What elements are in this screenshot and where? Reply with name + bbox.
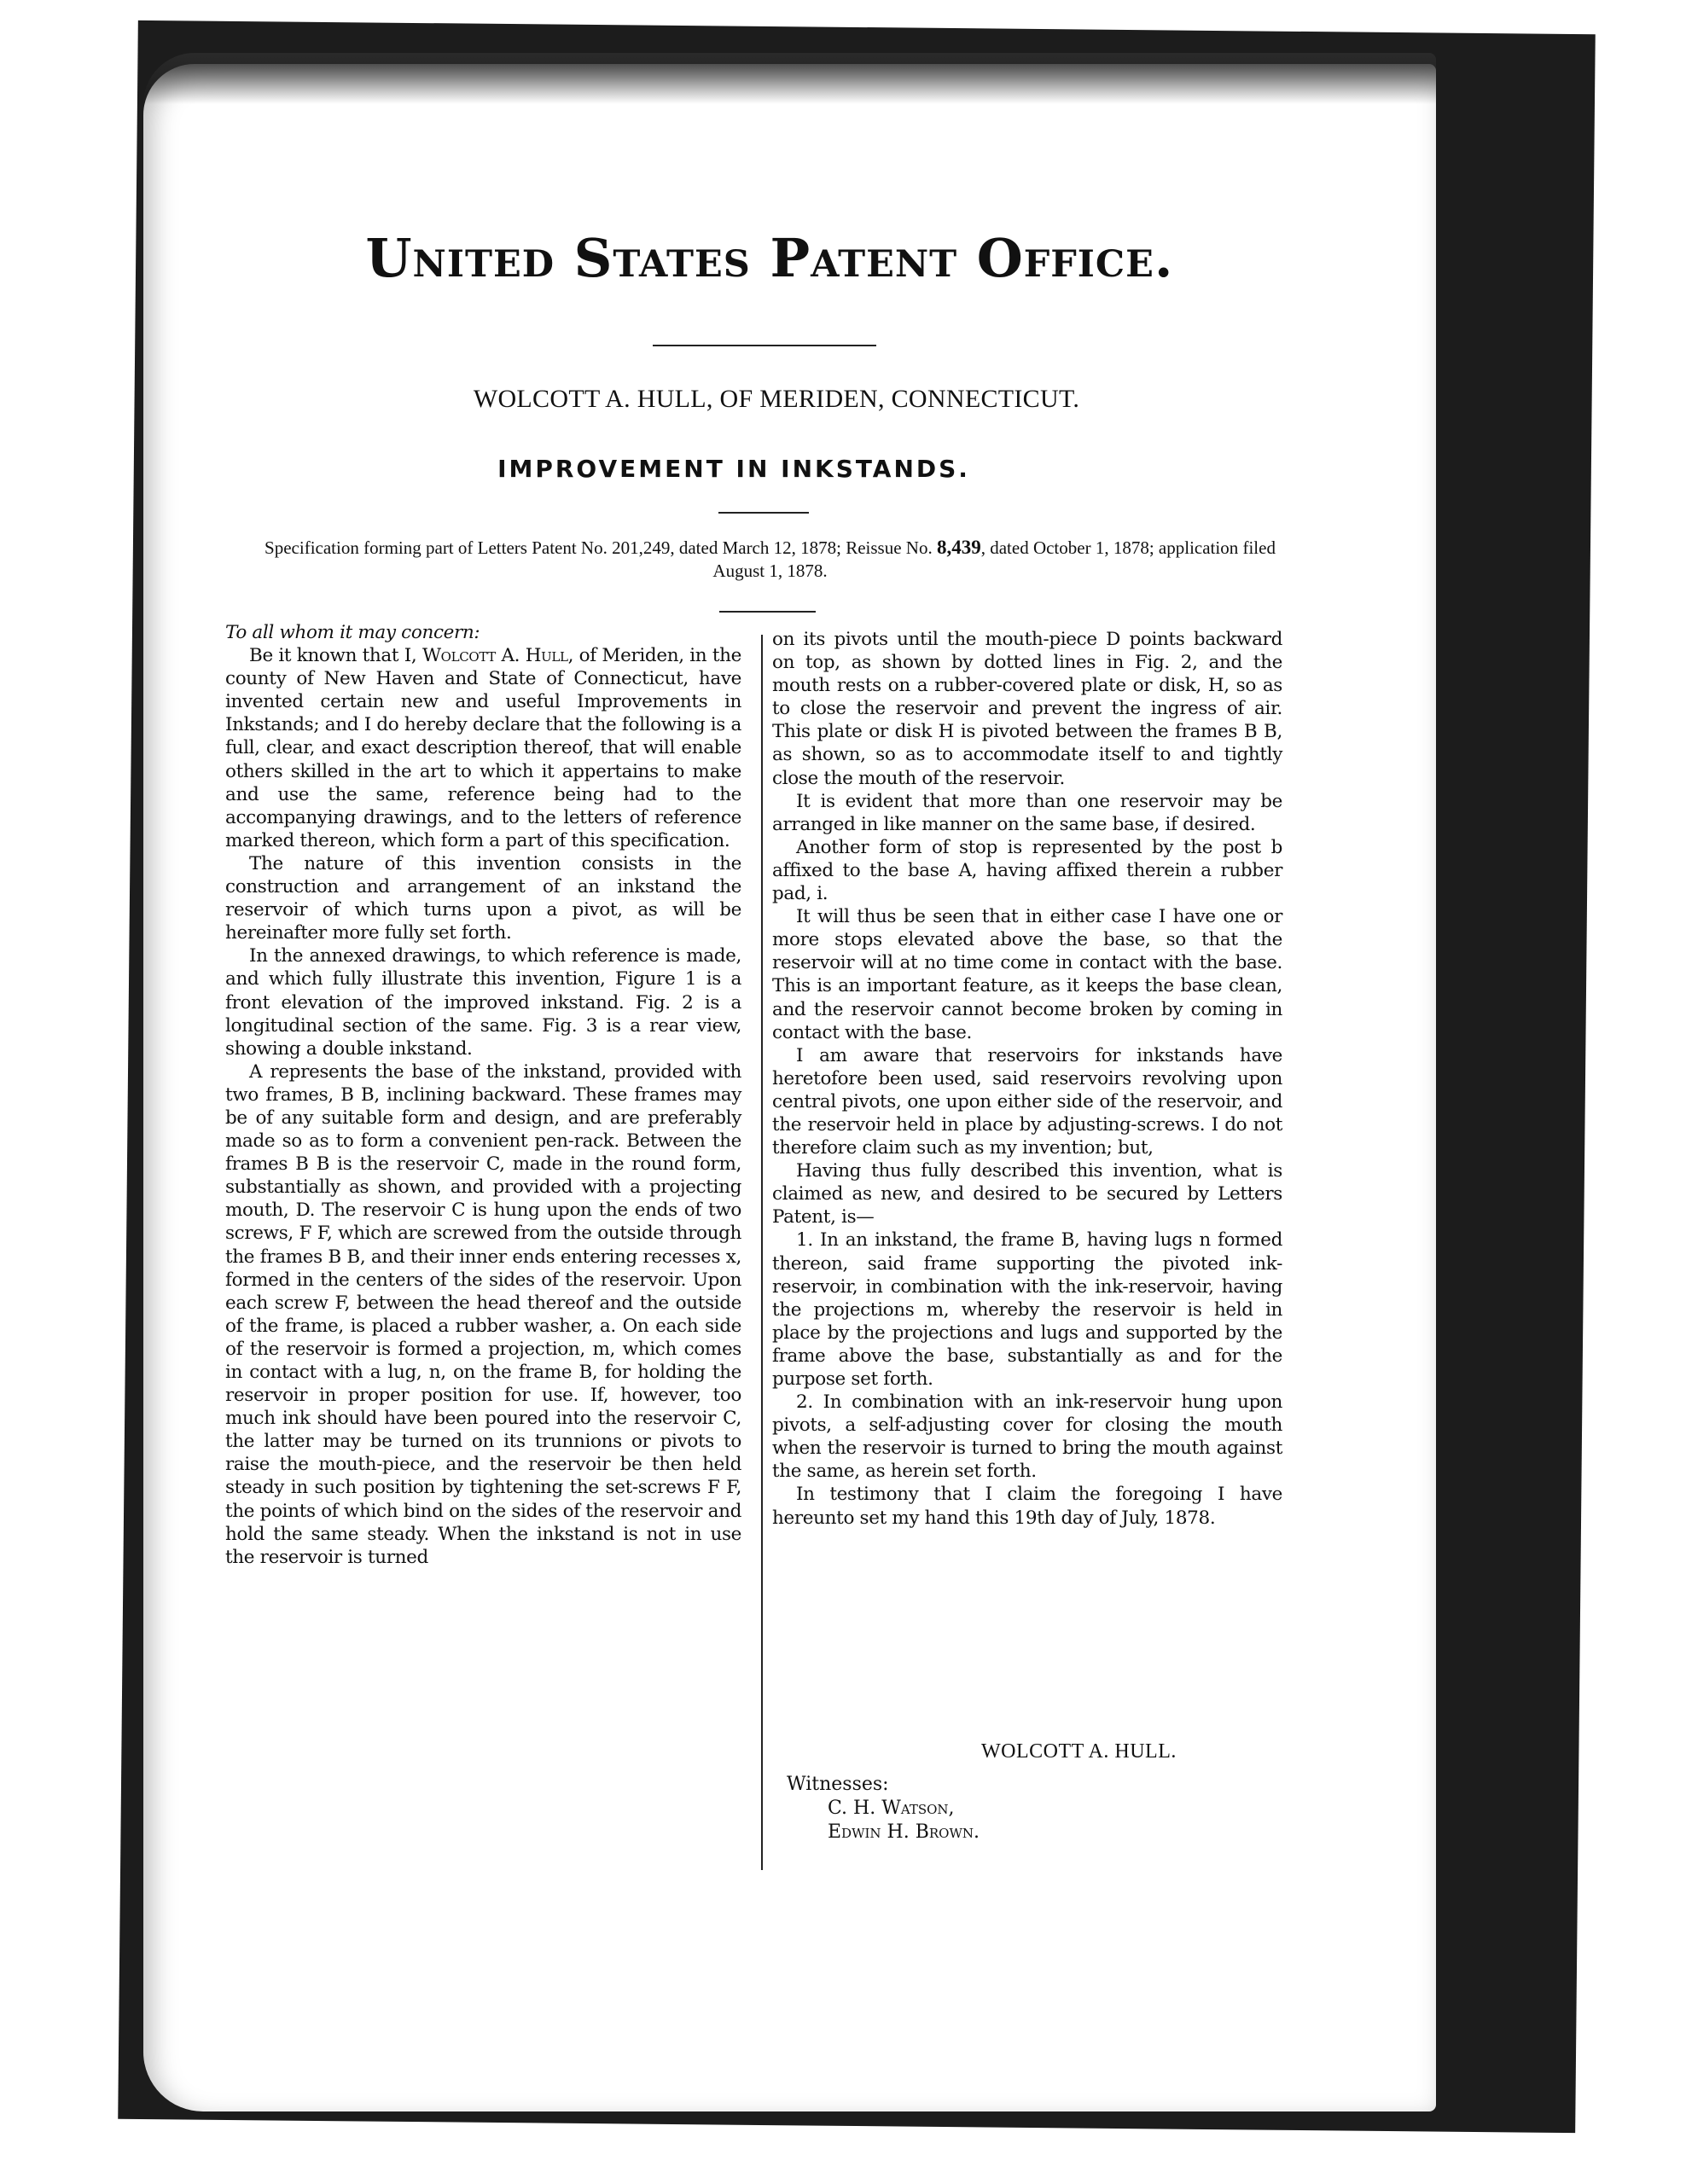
- witness-name: Edwin H. Brown.: [828, 1821, 980, 1843]
- paragraph: I am aware that reservoirs for inkstands…: [772, 1044, 1282, 1159]
- office-title: United States Patent Office.: [224, 229, 1316, 288]
- witness-name: C. H. Watson,: [828, 1798, 955, 1819]
- inventor-name: Wolcott A. Hull: [422, 645, 568, 666]
- reissue-number: 8,439: [937, 537, 981, 558]
- paragraph: It is evident that more than one reservo…: [772, 790, 1282, 836]
- paragraph: In the annexed drawings, to which refere…: [225, 944, 741, 1060]
- paragraph: 2. In combination with an ink-reservoir …: [772, 1391, 1282, 1483]
- spec-rule: [719, 611, 816, 613]
- header-rule: [653, 345, 876, 346]
- inventor-signature: WOLCOTT A. HULL.: [981, 1740, 1177, 1763]
- specification-line: Specification forming part of Letters Pa…: [247, 536, 1293, 583]
- paragraph: The nature of this invention consists in…: [225, 852, 741, 944]
- subject-rule: [718, 512, 809, 514]
- column-divider: [761, 635, 763, 1870]
- patent-document: United States Patent Office. WOLCOTT A. …: [0, 0, 1686, 2184]
- paragraph: Another form of stop is represented by t…: [772, 836, 1282, 905]
- paragraph: Be it known that I, Wolcott A. Hull, of …: [225, 644, 741, 852]
- paragraph: Having thus fully described this inventi…: [772, 1159, 1282, 1228]
- spec-prefix: Specification forming part of Letters Pa…: [265, 537, 937, 558]
- salutation: To all whom it may concern:: [225, 621, 741, 644]
- left-column: To all whom it may concern: Be it known …: [225, 621, 741, 1569]
- inventor-line: WOLCOTT A. HULL, OF MERIDEN, CONNECTICUT…: [410, 384, 1143, 415]
- witnesses-label: Witnesses:: [787, 1774, 889, 1795]
- paragraph: In testimony that I claim the foregoing …: [772, 1483, 1282, 1529]
- paragraph: 1. In an inkstand, the frame B, having l…: [772, 1228, 1282, 1391]
- paragraph: A represents the base of the inkstand, p…: [225, 1060, 741, 1569]
- right-column: on its pivots until the mouth-piece D po…: [772, 628, 1282, 1530]
- paragraph: on its pivots until the mouth-piece D po…: [772, 628, 1282, 790]
- paragraph: It will thus be seen that in either case…: [772, 905, 1282, 1044]
- patent-subject: IMPROVEMENT IN INKSTANDS.: [461, 454, 1007, 485]
